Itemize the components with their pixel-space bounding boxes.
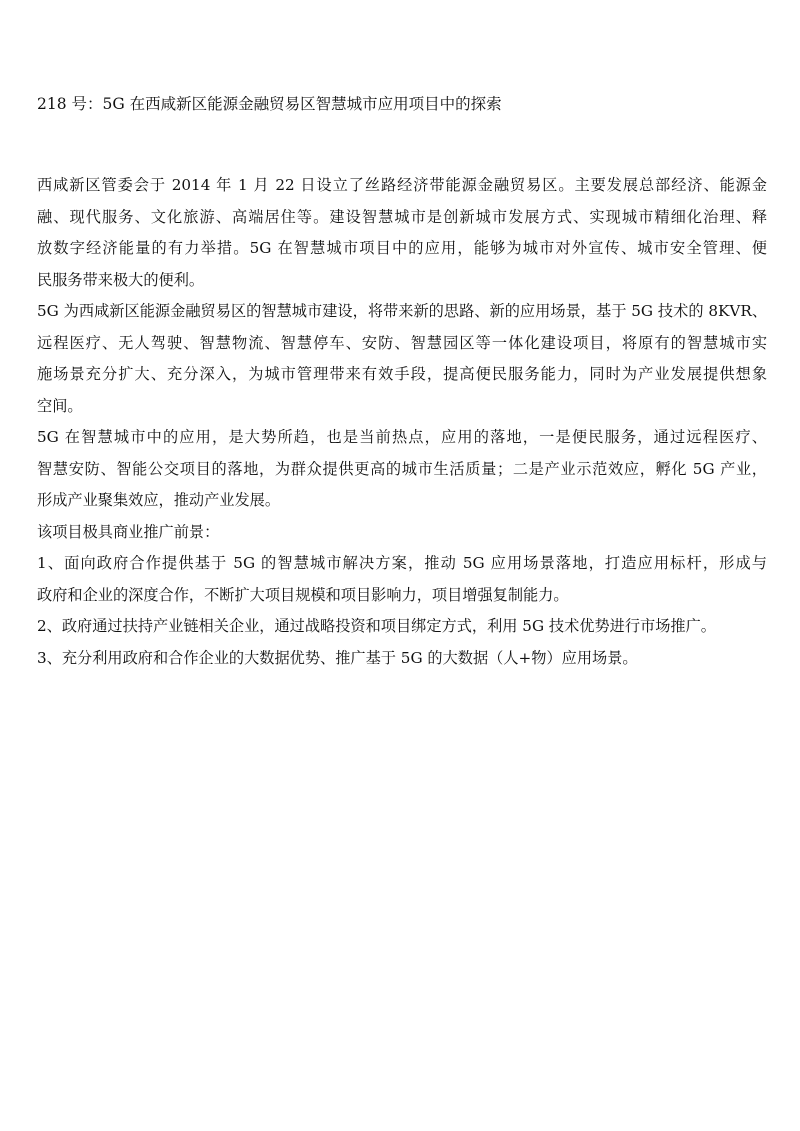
document-title: 218 号：5G 在西咸新区能源金融贸易区智慧城市应用项目中的探索 (37, 94, 502, 114)
text-line: 放数字经济能量的有力举措。5G 在智慧城市项目中的应用，能够为城市对外宣传、城市… (37, 233, 767, 265)
paragraph-intro: 西咸新区管委会于 2014 年 1 月 22 日设立了丝路经济带能源金融贸易区。… (37, 170, 767, 296)
text-line: 融、现代服务、文化旅游、高端居住等。建设智慧城市是创新城市发展方式、实现城市精细… (37, 202, 767, 234)
text-line: 形成产业聚集效应，推动产业发展。 (37, 485, 767, 517)
text-line: 1、面向政府合作提供基于 5G 的智慧城市解决方案，推动 5G 应用场景落地，打… (37, 548, 767, 580)
list-item-1: 1、面向政府合作提供基于 5G 的智慧城市解决方案，推动 5G 应用场景落地，打… (37, 548, 767, 611)
paragraph-5g-construction: 5G 为西咸新区能源金融贸易区的智慧城市建设，将带来新的思路、新的应用场景，基于… (37, 296, 767, 422)
list-item-3: 3、充分利用政府和合作企业的大数据优势、推广基于 5G 的大数据（人+物）应用场… (37, 643, 767, 675)
text-line: 政府和企业的深度合作，不断扩大项目规模和项目影响力，项目增强复制能力。 (37, 580, 767, 612)
paragraph-5g-application: 5G 在智慧城市中的应用，是大势所趋，也是当前热点，应用的落地，一是便民服务，通… (37, 422, 767, 517)
text-line: 5G 在智慧城市中的应用，是大势所趋，也是当前热点，应用的落地，一是便民服务，通… (37, 422, 767, 454)
text-line: 远程医疗、无人驾驶、智慧物流、智慧停车、安防、智慧园区等一体化建设项目，将原有的… (37, 328, 767, 360)
paragraph-prospect-heading: 该项目极具商业推广前景： (37, 517, 767, 549)
text-line: 西咸新区管委会于 2014 年 1 月 22 日设立了丝路经济带能源金融贸易区。… (37, 170, 767, 202)
document-page: 218 号：5G 在西咸新区能源金融贸易区智慧城市应用项目中的探索 西咸新区管委… (0, 0, 800, 1131)
text-line: 施场景充分扩大、充分深入，为城市管理带来有效手段，提高便民服务能力，同时为产业发… (37, 359, 767, 391)
text-line: 智慧安防、智能公交项目的落地，为群众提供更高的城市生活质量；二是产业示范效应，孵… (37, 454, 767, 486)
list-item-2: 2、政府通过扶持产业链相关企业，通过战略投资和项目绑定方式，利用 5G 技术优势… (37, 611, 767, 643)
text-line: 2、政府通过扶持产业链相关企业，通过战略投资和项目绑定方式，利用 5G 技术优势… (37, 611, 767, 643)
text-line: 3、充分利用政府和合作企业的大数据优势、推广基于 5G 的大数据（人+物）应用场… (37, 643, 767, 675)
text-line: 该项目极具商业推广前景： (37, 517, 767, 549)
text-line: 5G 为西咸新区能源金融贸易区的智慧城市建设，将带来新的思路、新的应用场景，基于… (37, 296, 767, 328)
document-body: 西咸新区管委会于 2014 年 1 月 22 日设立了丝路经济带能源金融贸易区。… (37, 170, 767, 674)
text-line: 民服务带来极大的便利。 (37, 265, 767, 297)
text-line: 空间。 (37, 391, 767, 423)
